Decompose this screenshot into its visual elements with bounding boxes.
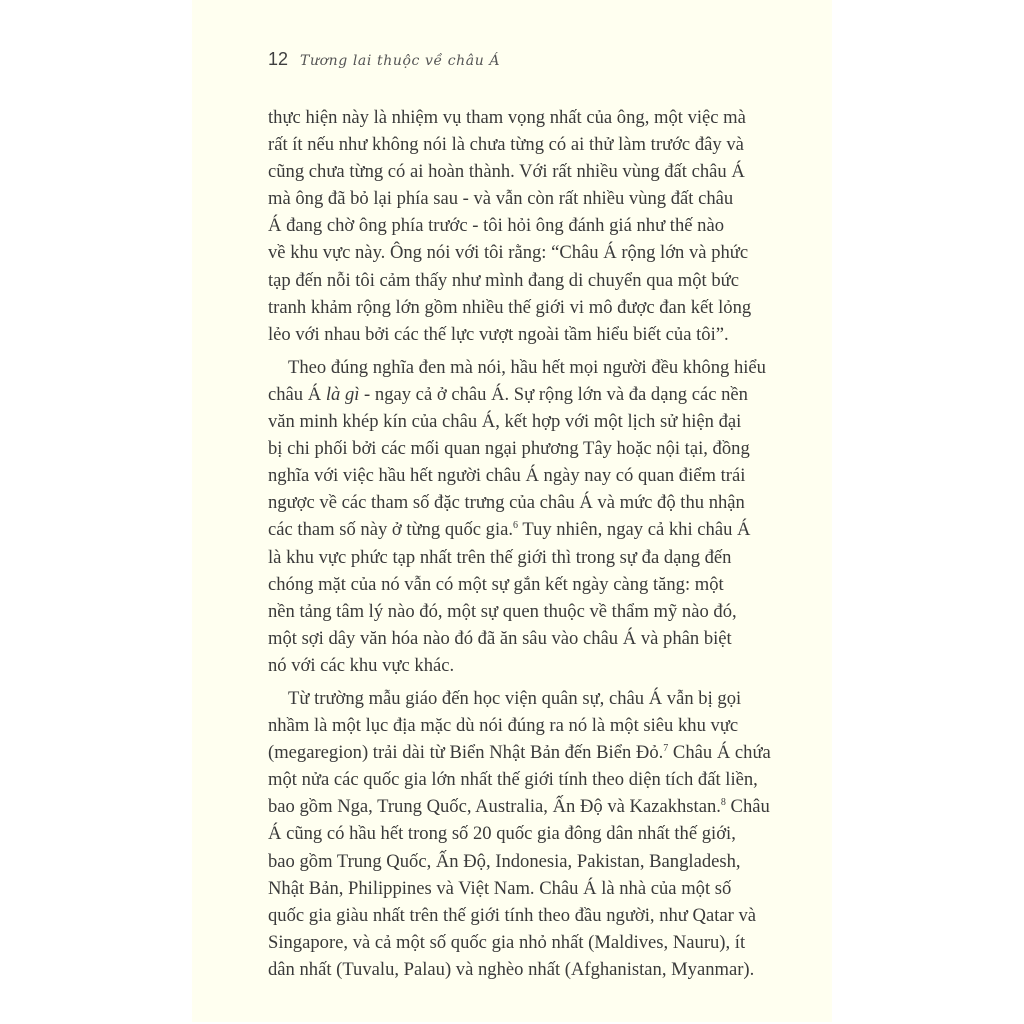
- text-line: (megaregion) trải dài từ Biển Nhật Bản đ…: [268, 739, 808, 766]
- running-head: 12 Tương lai thuộc về châu Á: [268, 49, 500, 70]
- text-line: bao gồm Trung Quốc, Ấn Độ, Indonesia, Pa…: [268, 848, 808, 875]
- body-text: thực hiện này là nhiệm vụ tham vọng nhất…: [268, 104, 808, 983]
- book-page: 12 Tương lai thuộc về châu Á thực hiện n…: [192, 0, 832, 1022]
- text-line: một sợi dây văn hóa nào đó đã ăn sâu vào…: [268, 625, 808, 652]
- text-line: về khu vực này. Ông nói với tôi rằng: “C…: [268, 239, 808, 266]
- text-line: Á cũng có hầu hết trong số 20 quốc gia đ…: [268, 820, 808, 847]
- text-line: Từ trường mẫu giáo đến học viện quân sự,…: [268, 685, 808, 712]
- text-line: nghĩa với việc hầu hết người châu Á ngày…: [268, 462, 808, 489]
- text-line: văn minh khép kín của châu Á, kết hợp vớ…: [268, 408, 808, 435]
- text-line: bao gồm Nga, Trung Quốc, Australia, Ấn Đ…: [268, 793, 808, 820]
- text-line: nền tảng tâm lý nào đó, một sự quen thuộ…: [268, 598, 808, 625]
- text-line: một nửa các quốc gia lớn nhất thế giới t…: [268, 766, 808, 793]
- text-line: bị chi phối bởi các mối quan ngại phương…: [268, 435, 808, 462]
- text-line: Singapore, và cả một số quốc gia nhỏ nhấ…: [268, 929, 808, 956]
- text-line: Nhật Bản, Philippines và Việt Nam. Châu …: [268, 875, 808, 902]
- footnote-marker[interactable]: 6: [513, 520, 518, 531]
- text-line: các tham số này ở từng quốc gia.6 Tuy nh…: [268, 516, 808, 543]
- text-line: tranh khảm rộng lớn gồm nhiều thế giới v…: [268, 294, 808, 321]
- footnote-marker[interactable]: 7: [663, 743, 668, 754]
- running-title: Tương lai thuộc về châu Á: [300, 53, 500, 69]
- footnote-marker[interactable]: 8: [721, 797, 726, 808]
- text-line: chóng mặt của nó vẫn có một sự gắn kết n…: [268, 571, 808, 598]
- text-line: thực hiện này là nhiệm vụ tham vọng nhất…: [268, 104, 808, 131]
- text-line: Á đang chờ ông phía trước - tôi hỏi ông …: [268, 212, 808, 239]
- text-line: mà ông đã bỏ lại phía sau - và vẫn còn r…: [268, 185, 808, 212]
- text-line: lẻo với nhau bởi các thế lực vượt ngoài …: [268, 321, 808, 348]
- paragraph: thực hiện này là nhiệm vụ tham vọng nhất…: [268, 104, 808, 348]
- text-line: châu Á là gì - ngay cả ở châu Á. Sự rộng…: [268, 381, 808, 408]
- text-line: tạp đến nỗi tôi cảm thấy như mình đang d…: [268, 267, 808, 294]
- text-line: nó với các khu vực khác.: [268, 652, 808, 679]
- text-line: cũng chưa từng có ai hoàn thành. Với rất…: [268, 158, 808, 185]
- text-line: quốc gia giàu nhất trên thế giới tính th…: [268, 902, 808, 929]
- text-line: dân nhất (Tuvalu, Palau) và nghèo nhất (…: [268, 956, 808, 983]
- text-line: là khu vực phức tạp nhất trên thế giới t…: [268, 544, 808, 571]
- paragraph: Theo đúng nghĩa đen mà nói, hầu hết mọi …: [268, 354, 808, 679]
- text-line: rất ít nếu như không nói là chưa từng có…: [268, 131, 808, 158]
- text-line: nhầm là một lục địa mặc dù nói đúng ra n…: [268, 712, 808, 739]
- emphasis: là gì: [326, 384, 360, 405]
- page-number: 12: [268, 49, 288, 70]
- paragraph: Từ trường mẫu giáo đến học viện quân sự,…: [268, 685, 808, 983]
- text-line: ngược về các tham số đặc trưng của châu …: [268, 489, 808, 516]
- text-line: Theo đúng nghĩa đen mà nói, hầu hết mọi …: [268, 354, 808, 381]
